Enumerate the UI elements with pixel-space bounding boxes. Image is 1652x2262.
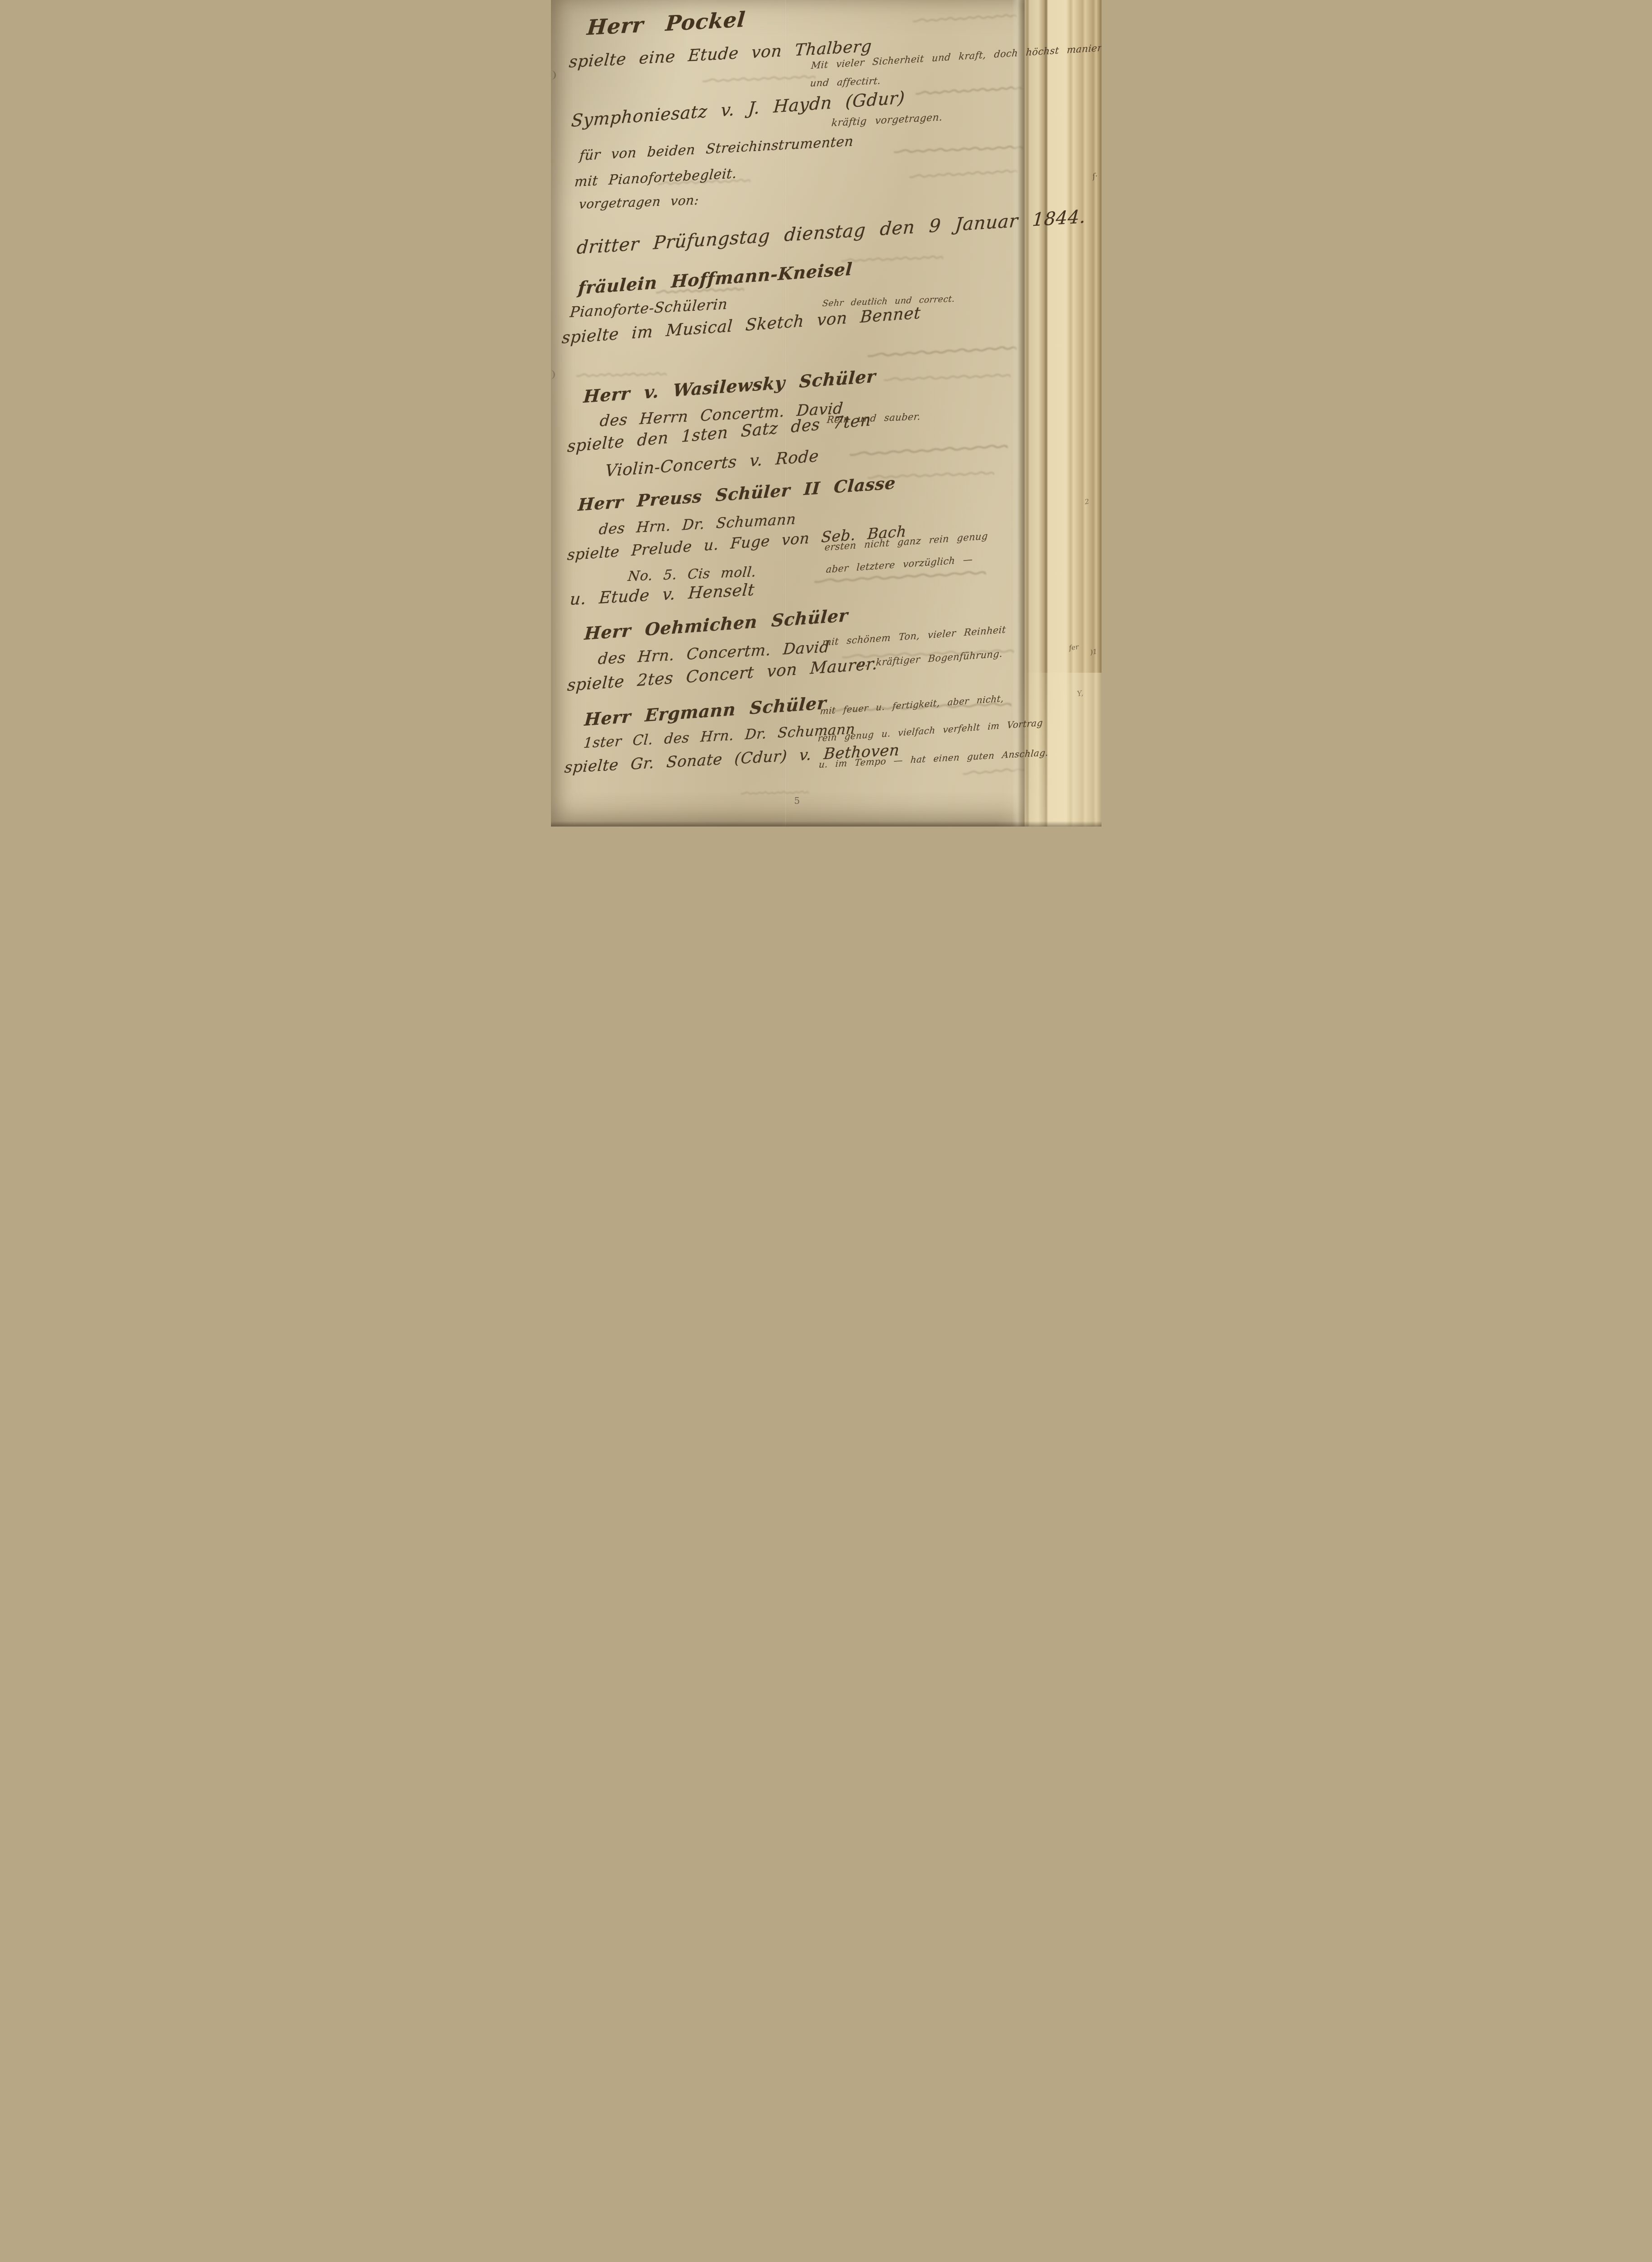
bleedthrough-ghost [841, 252, 943, 267]
bleedthrough-ghost [702, 71, 816, 87]
bleedthrough-ghost [893, 142, 1023, 158]
entry-performance-line: Violin-Concerts v. Rode [604, 448, 819, 480]
entry-performance-line: vorgetragen von: [578, 194, 699, 211]
bleedthrough-ghost [849, 440, 1008, 461]
bleedthrough-ghost [576, 368, 666, 381]
entry-student-name: Herr Preuss Schüler II Classe [577, 475, 896, 513]
edge-text-fragment: )1 [1090, 648, 1097, 656]
scan-bottom-shadow [551, 821, 1101, 827]
edge-text-fragment: Y, [1076, 689, 1083, 698]
entry-remark-line: kräftig vorgetragen. [831, 113, 943, 128]
page-number: 5 [794, 796, 800, 805]
entry-student-name: Herr Pockel [586, 9, 746, 38]
entry-remark-line: und affectirt. [809, 76, 881, 89]
entry-student-name: Herr Oehmichen Schüler [584, 607, 848, 642]
bleedthrough-ghost [867, 342, 1017, 362]
entry-student-name: Herr Ergmann Schüler [584, 694, 826, 728]
bleedthrough-ghost [915, 82, 1022, 100]
entry-remark-line: mit schönem Ton, vieler Reinheit [822, 625, 1006, 648]
ink-smudge [551, 71, 556, 80]
edge-text-fragment: 2 [1084, 498, 1090, 505]
bleedthrough-ghost [883, 370, 1011, 386]
entry-performance-line: No. 5. Cis moll. [627, 565, 757, 584]
manuscript-page: ſ· 2 fer )1 Y, Herr Pockel spielte eine … [551, 0, 1101, 827]
entry-student-detail: Pianoforte-Schülerin [569, 297, 728, 319]
edge-text-fragment: ſ· [1092, 172, 1098, 181]
bleedthrough-ghost [912, 10, 1017, 27]
edge-text-fragment: fer [1068, 644, 1079, 652]
bleedthrough-ghost [909, 166, 1018, 183]
exam-day-heading: dritter Prüfungstag dienstag den 9 Janua… [576, 208, 1086, 257]
entry-performance-line: u. Etude v. Henselt [569, 582, 755, 608]
ink-smudge [551, 370, 555, 379]
entry-performance-line: für von beiden Streichinstrumenten [579, 135, 854, 163]
